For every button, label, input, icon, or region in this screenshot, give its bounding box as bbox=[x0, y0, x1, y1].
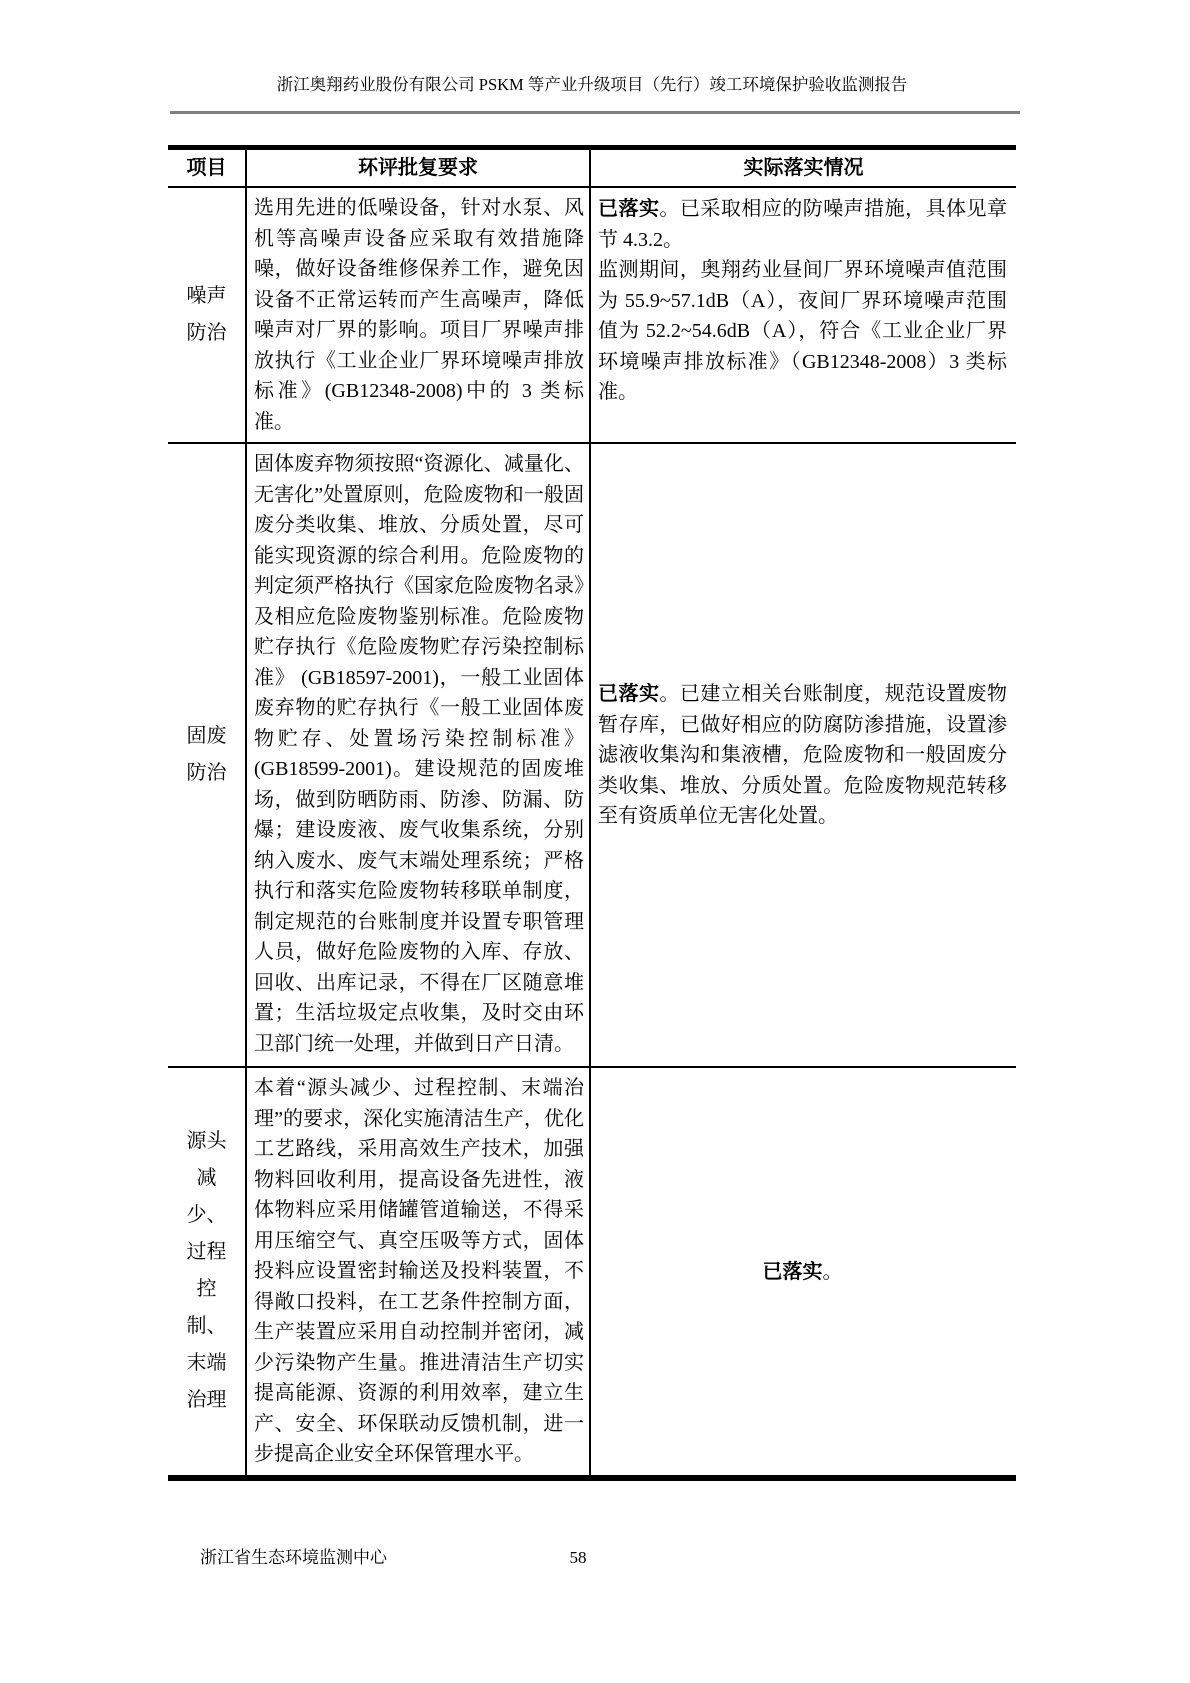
status-lead: 已落实 bbox=[763, 1261, 823, 1283]
header-rule bbox=[170, 111, 1020, 114]
table-header-row: 项目 环评批复要求 实际落实情况 bbox=[168, 148, 1016, 188]
status-paragraph-1: 已落实。已采取相应的防噪声措施，具体见章节 4.3.2。 bbox=[598, 194, 1007, 255]
page-header-title: 浙江奥翔药业股份有限公司 PSKM 等产业升级项目（先行）竣工环境保护验收监测报… bbox=[168, 74, 1016, 96]
status-lead: 已落实 bbox=[598, 198, 659, 220]
item-label-cleaner-production: 源头 减 少、 过程 控 制、 末端 治理 bbox=[168, 1067, 246, 1478]
status-rest: 。已采取相应的防噪声措施，具体见章节 4.3.2。 bbox=[598, 198, 1007, 251]
column-header-status: 实际落实情况 bbox=[590, 148, 1016, 188]
item-label-noise: 噪声 防治 bbox=[168, 187, 246, 443]
column-header-requirement: 环评批复要求 bbox=[246, 148, 590, 188]
status-cell-cleaner-production: 已落实。 bbox=[590, 1067, 1016, 1478]
requirement-text-solid-waste: 固体废弃物须按照“资源化、减量化、无害化”处置原则，危险废物和一般固废分类收集、… bbox=[246, 443, 590, 1067]
status-paragraph: 已落实。 bbox=[598, 1257, 1007, 1288]
item-label-solid-waste: 固废 防治 bbox=[168, 443, 246, 1067]
status-rest: 。 bbox=[823, 1261, 843, 1283]
status-cell-solid-waste: 已落实。已建立相关台账制度，规范设置废物暂存库，已做好相应的防腐防渗措施，设置渗… bbox=[590, 443, 1016, 1067]
table-row-solid-waste: 固废 防治 固体废弃物须按照“资源化、减量化、无害化”处置原则，危险废物和一般固… bbox=[168, 443, 1016, 1067]
page-footer: 浙江省生态环境监测中心 58 bbox=[168, 1546, 1016, 1570]
table-row-cleaner-production: 源头 减 少、 过程 控 制、 末端 治理 本着“源头减少、过程控制、末端治理”… bbox=[168, 1067, 1016, 1478]
table-row-noise-control: 噪声 防治 选用先进的低噪设备，针对水泵、风机等高噪声设备应采取有效措施降噪，做… bbox=[168, 187, 1016, 443]
status-cell-noise: 已落实。已采取相应的防噪声措施，具体见章节 4.3.2。 监测期间，奥翔药业昼间… bbox=[590, 187, 1016, 443]
status-paragraph: 已落实。已建立相关台账制度，规范设置废物暂存库，已做好相应的防腐防渗措施，设置渗… bbox=[598, 679, 1007, 832]
page-number: 58 bbox=[168, 1546, 988, 1570]
requirement-text-cleaner-production: 本着“源头减少、过程控制、末端治理”的要求，深化实施清洁生产，优化工艺路线，采用… bbox=[246, 1067, 590, 1478]
status-paragraph-2: 监测期间，奥翔药业昼间厂界环境噪声值范围为 55.9~57.1dB（A），夜间厂… bbox=[598, 255, 1007, 408]
requirement-text-noise: 选用先进的低噪设备，针对水泵、风机等高噪声设备应采取有效措施降噪，做好设备维修保… bbox=[246, 187, 590, 443]
column-header-item: 项目 bbox=[168, 148, 246, 188]
compliance-table: 项目 环评批复要求 实际落实情况 噪声 防治 选用先进的低噪设备，针对水泵、风机… bbox=[168, 145, 1016, 1481]
status-lead: 已落实 bbox=[598, 683, 659, 705]
status-rest: 。已建立相关台账制度，规范设置废物暂存库，已做好相应的防腐防渗措施，设置渗滤液收… bbox=[598, 683, 1007, 827]
